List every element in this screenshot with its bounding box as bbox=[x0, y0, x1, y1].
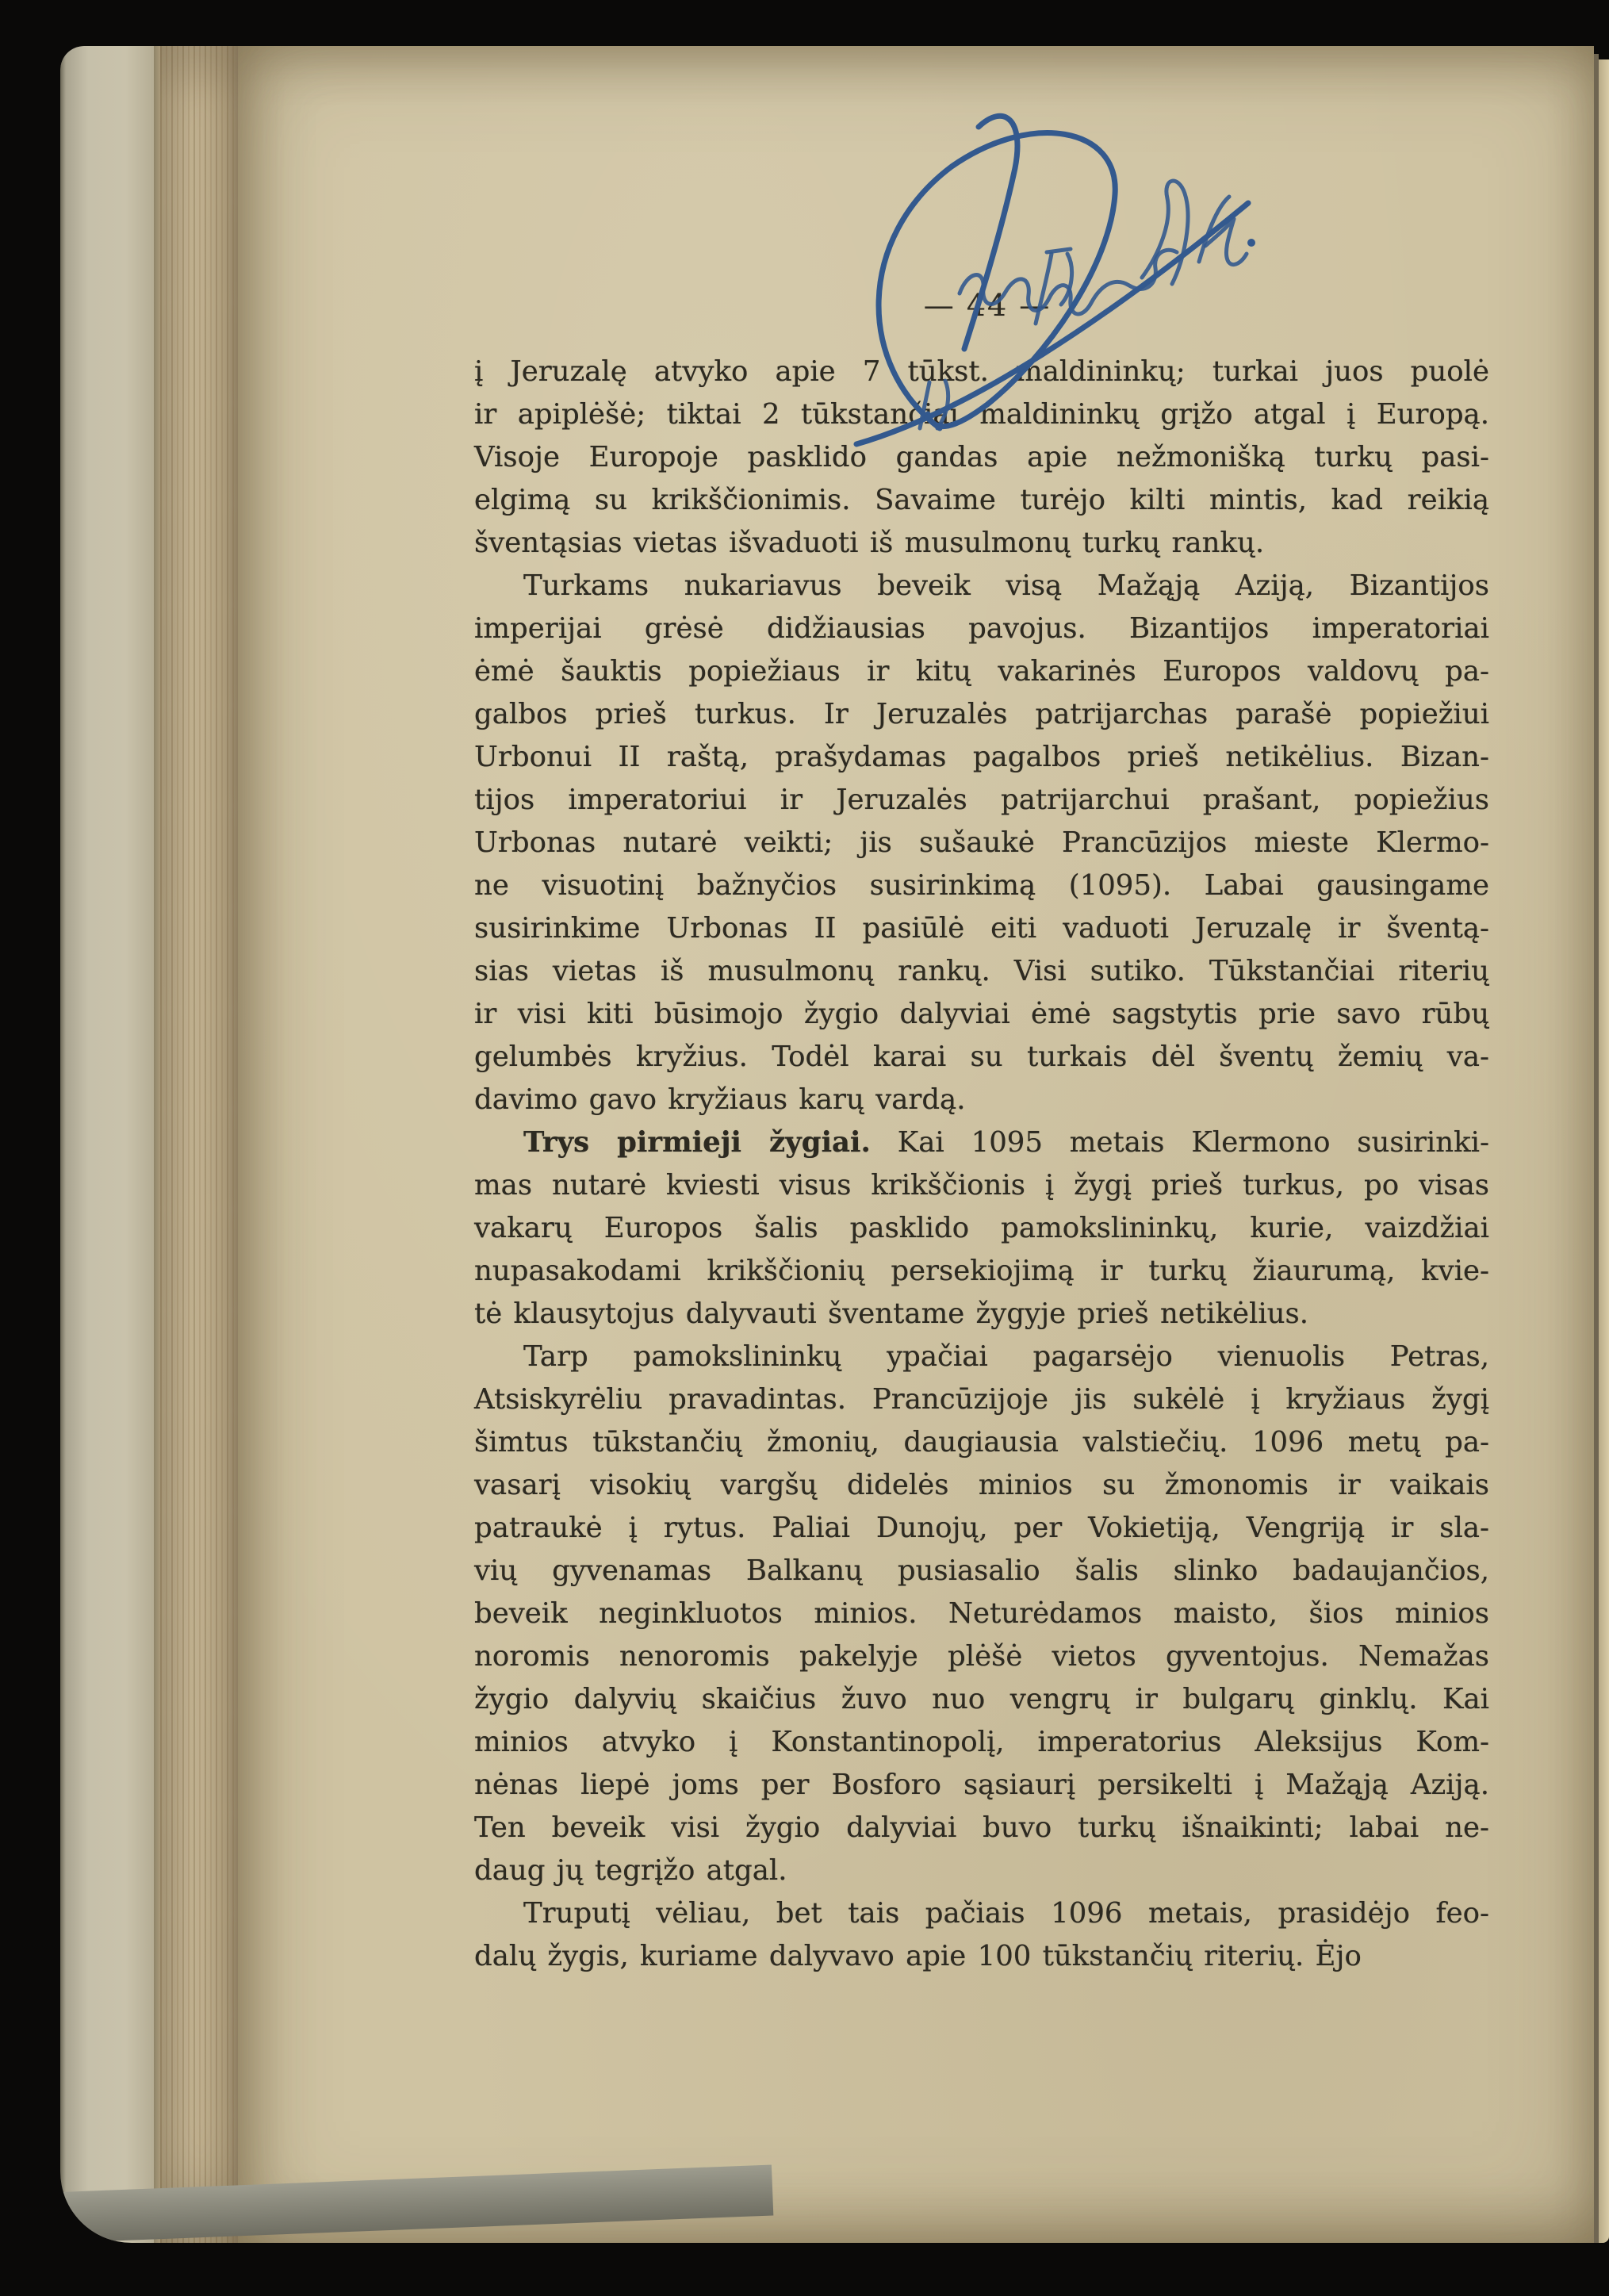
text-line: patraukė į rytus. Paliai Dunojų, per Vok… bbox=[474, 1507, 1489, 1550]
text-line: beveik neginkluotos minios. Neturėdamos … bbox=[474, 1593, 1489, 1635]
text-line: žygio dalyvių skaičius žuvo nuo vengrų i… bbox=[474, 1678, 1489, 1721]
text-line: mas nutarė kviesti visus krikščionis į ž… bbox=[474, 1164, 1489, 1207]
text-line: Atsiskyrėliu pravadintas. Prancūzijoje j… bbox=[474, 1378, 1489, 1421]
text-line: ir apiplėšė; tiktai 2 tūkstančiai maldin… bbox=[474, 393, 1489, 436]
text-line: Truputį vėliau, bet tais pačiais 1096 me… bbox=[474, 1892, 1489, 1935]
text-line: susirinkime Urbonas II pasiūlė eiti vadu… bbox=[474, 907, 1489, 950]
text-line: ir visi kiti būsimojo žygio dalyviai ėmė… bbox=[474, 993, 1489, 1036]
scanned-book-photo: — 44 — į Jeruzalę atvyko apie 7 tūkst. m… bbox=[0, 0, 1609, 2296]
paragraph-lead-bold: Trys pirmieji žygiai. bbox=[523, 1126, 871, 1159]
stacked-page-edges bbox=[160, 46, 238, 2243]
text-line: vasarį visokių vargšų didelės minios su … bbox=[474, 1464, 1489, 1507]
cover-spine-gap bbox=[154, 46, 160, 2243]
text-line: gelumbės kryžius. Todėl karai su turkais… bbox=[474, 1036, 1489, 1079]
text-line: Turkams nukariavus beveik visą Mažąją Az… bbox=[474, 565, 1489, 608]
text-line: tijos imperatoriui ir Jeruzalės patrijar… bbox=[474, 779, 1489, 822]
text-line: nėnas liepė joms per Bosforo sąsiaurį pe… bbox=[474, 1764, 1489, 1807]
text-line: Tarp pamokslininkų ypačiai pagarsėjo vie… bbox=[474, 1336, 1489, 1378]
text-line: imperijai grėsė didžiausias pavojus. Biz… bbox=[474, 608, 1489, 650]
page-number: — 44 — bbox=[924, 288, 1052, 323]
text-line: šimtus tūkstančių žmonių, daugiausia val… bbox=[474, 1421, 1489, 1464]
text-line: davimo gavo kryžiaus karų vardą. bbox=[474, 1079, 1489, 1121]
text-line: šventąsias vietas išvaduoti iš musulmonų… bbox=[474, 522, 1489, 565]
text-line: daug jų tegrįžo atgal. bbox=[474, 1849, 1489, 1892]
text-line: Urbonui II raštą, prašydamas pagalbos pr… bbox=[474, 736, 1489, 779]
text-line: vių gyvenamas Balkanų pusiasalio šalis s… bbox=[474, 1550, 1489, 1593]
text-line: dalų žygis, kuriame dalyvavo apie 100 tū… bbox=[474, 1935, 1489, 1978]
text-line: minios atvyko į Konstantinopolį, imperat… bbox=[474, 1721, 1489, 1764]
text-line: elgimą su krikščionimis. Savaime turėjo … bbox=[474, 479, 1489, 522]
text-line: galbos prieš turkus. Ir Jeruzalės patrij… bbox=[474, 693, 1489, 736]
text-line: ėmė šauktis popiežiaus ir kitų vakarinės… bbox=[474, 650, 1489, 693]
text-line: noromis nenoromis pakelyje plėšė vietos … bbox=[474, 1635, 1489, 1678]
text-line: Visoje Europoje pasklido gandas apie než… bbox=[474, 436, 1489, 479]
text-line: nupasakodami krikščionių persekiojimą ir… bbox=[474, 1250, 1489, 1293]
text-block: į Jeruzalę atvyko apie 7 tūkst. maldinin… bbox=[474, 351, 1489, 1978]
text-line: sias vietas iš musulmonų rankų. Visi sut… bbox=[474, 950, 1489, 993]
text-line: į Jeruzalę atvyko apie 7 tūkst. maldinin… bbox=[474, 351, 1489, 393]
text-line: tė klausytojus dalyvauti šventame žygyje… bbox=[474, 1293, 1489, 1336]
book-page: — 44 — į Jeruzalę atvyko apie 7 tūkst. m… bbox=[238, 46, 1594, 2243]
text-line: Ten beveik visi žygio dalyviai buvo turk… bbox=[474, 1807, 1489, 1849]
book-cover-edge bbox=[60, 46, 154, 2243]
text-line: Trys pirmieji žygiai. Kai 1095 metais Kl… bbox=[474, 1121, 1489, 1164]
text-line: vakarų Europos šalis pasklido pamokslini… bbox=[474, 1207, 1489, 1250]
book: — 44 — į Jeruzalę atvyko apie 7 tūkst. m… bbox=[60, 46, 1609, 2243]
text-line: ne visuotinį bažnyčios susirinkimą (1095… bbox=[474, 864, 1489, 907]
text-line: Urbonas nutarė veikti; jis sušaukė Pranc… bbox=[474, 822, 1489, 864]
adjacent-page-edge bbox=[1599, 59, 1609, 2243]
